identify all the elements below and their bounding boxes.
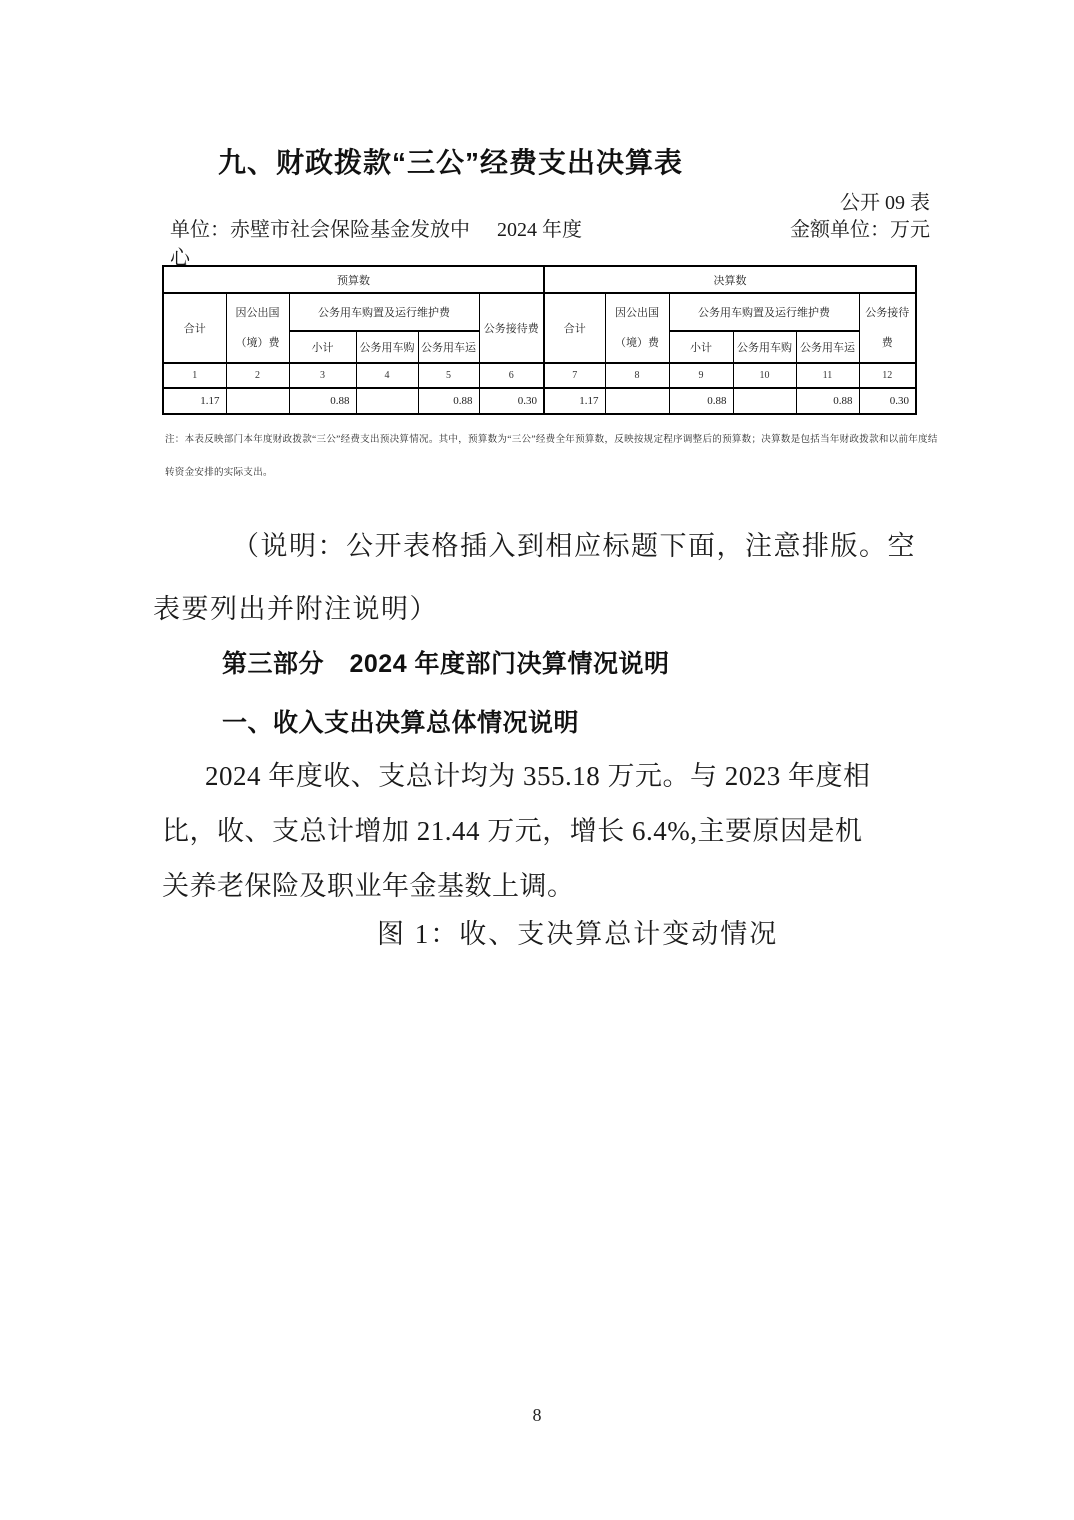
column-index-cell: 8 (605, 363, 669, 388)
col-header-vehicle-group-final: 公务用车购置及运行维护费 (669, 293, 859, 331)
section1-heading: 一、收入支出决算总体情况说明 (222, 703, 579, 739)
page-number: 8 (0, 1405, 1074, 1426)
col-header-subtotal-budget: 小计 (289, 331, 356, 363)
unit-label: 单位：赤壁市社会保险基金发放中 (170, 213, 470, 242)
column-index-cell: 7 (544, 363, 605, 388)
value-cell (605, 388, 669, 414)
col-header-abroad-line1: 因公出国 (608, 298, 667, 328)
amount-unit-label: 金额单位：万元 (790, 213, 930, 242)
value-cell: 0.30 (479, 388, 544, 414)
budget-group-header: 预算数 (163, 266, 544, 293)
col-header-abroad-final: 因公出国 （境）费 (605, 293, 669, 363)
col-header-reception-final: 公务接待 费 (859, 293, 916, 363)
part3-heading: 第三部分 2024 年度部门决算情况说明 (222, 644, 670, 680)
value-cell: 0.88 (289, 388, 356, 414)
table-note-line2: 转资金安排的实际支出。 (165, 457, 925, 490)
remark-paragraph-line1: （说明：公开表格插入到相应标题下面，注意排版。空 (232, 524, 916, 563)
col-header-vehicle-purchase-budget: 公务用车购 (356, 331, 418, 363)
fiscal-year-label: 2024 年度 (497, 213, 582, 242)
body-paragraph-line3: 关养老保险及职业年金基数上调。 (162, 859, 932, 914)
column-index-cell: 5 (418, 363, 479, 388)
col-header-vehicle-operation-final: 公务用车运 (796, 331, 859, 363)
table-header-row-upper: 合计 因公出国 （境）费 公务用车购置及运行维护费 公务接待费 合计 因公出国 … (163, 293, 916, 331)
col-header-abroad-line1: 因公出国 (229, 298, 287, 328)
value-cell: 1.17 (163, 388, 226, 414)
column-index-cell: 3 (289, 363, 356, 388)
column-index-cell: 9 (669, 363, 733, 388)
document-page: 九、财政拨款“三公”经费支出决算表 公开 09 表 单位：赤壁市社会保险基金发放… (0, 0, 1074, 1520)
body-paragraph-line2: 比，收、支总计增加 21.44 万元，增长 6.4%,主要原因是机 (162, 804, 932, 859)
value-cell: 0.88 (418, 388, 479, 414)
page-title: 九、财政拨款“三公”经费支出决算表 (218, 141, 683, 181)
figure-caption: 图 1：收、支决算总计变动情况 (377, 912, 778, 951)
body-paragraph: 2024 年度收、支总计均为 355.18 万元。与 2023 年度相 比，收、… (162, 749, 932, 914)
table-code-label: 公开 09 表 (840, 186, 930, 215)
col-header-reception-line1: 公务接待 (862, 298, 914, 328)
table-note-line1: 注：本表反映部门本年度财政拨款“三公”经费支出预决算情况。其中，预算数为“三公”… (165, 424, 925, 457)
value-cell (733, 388, 796, 414)
column-index-cell: 10 (733, 363, 796, 388)
col-header-subtotal-final: 小计 (669, 331, 733, 363)
col-header-vehicle-operation-budget: 公务用车运 (418, 331, 479, 363)
body-paragraph-line1: 2024 年度收、支总计均为 355.18 万元。与 2023 年度相 (205, 749, 932, 804)
value-cell (356, 388, 418, 414)
col-header-abroad-budget: 因公出国 （境）费 (226, 293, 289, 363)
column-index-cell: 12 (859, 363, 916, 388)
value-cell (226, 388, 289, 414)
column-index-cell: 2 (226, 363, 289, 388)
column-index-cell: 6 (479, 363, 544, 388)
value-cell: 0.88 (669, 388, 733, 414)
column-index-cell: 1 (163, 363, 226, 388)
value-cell: 1.17 (544, 388, 605, 414)
table-note: 注：本表反映部门本年度财政拨款“三公”经费支出预决算情况。其中，预算数为“三公”… (165, 424, 925, 490)
final-group-header: 决算数 (544, 266, 916, 293)
column-index-row: 1 2 3 4 5 6 7 8 9 10 11 12 (163, 363, 916, 388)
col-header-reception-line2: 费 (862, 328, 914, 358)
col-header-total-final: 合计 (544, 293, 605, 363)
col-header-abroad-line2: （境）费 (229, 328, 287, 358)
table-group-header-row: 预算数 决算数 (163, 266, 916, 293)
remark-paragraph-line2: 表要列出并附注说明） (153, 587, 438, 626)
col-header-total-budget: 合计 (163, 293, 226, 363)
col-header-vehicle-purchase-final: 公务用车购 (733, 331, 796, 363)
value-cell: 0.88 (796, 388, 859, 414)
table-value-row: 1.17 0.88 0.88 0.30 1.17 0.88 0.88 0.30 (163, 388, 916, 414)
col-header-vehicle-group-budget: 公务用车购置及运行维护费 (289, 293, 479, 331)
column-index-cell: 4 (356, 363, 418, 388)
col-header-abroad-line2: （境）费 (608, 328, 667, 358)
sangong-expense-table: 预算数 决算数 合计 因公出国 （境）费 公务用车购置及运行维护费 公务接待费 … (162, 265, 917, 415)
column-index-cell: 11 (796, 363, 859, 388)
col-header-reception-budget: 公务接待费 (479, 293, 544, 363)
value-cell: 0.30 (859, 388, 916, 414)
